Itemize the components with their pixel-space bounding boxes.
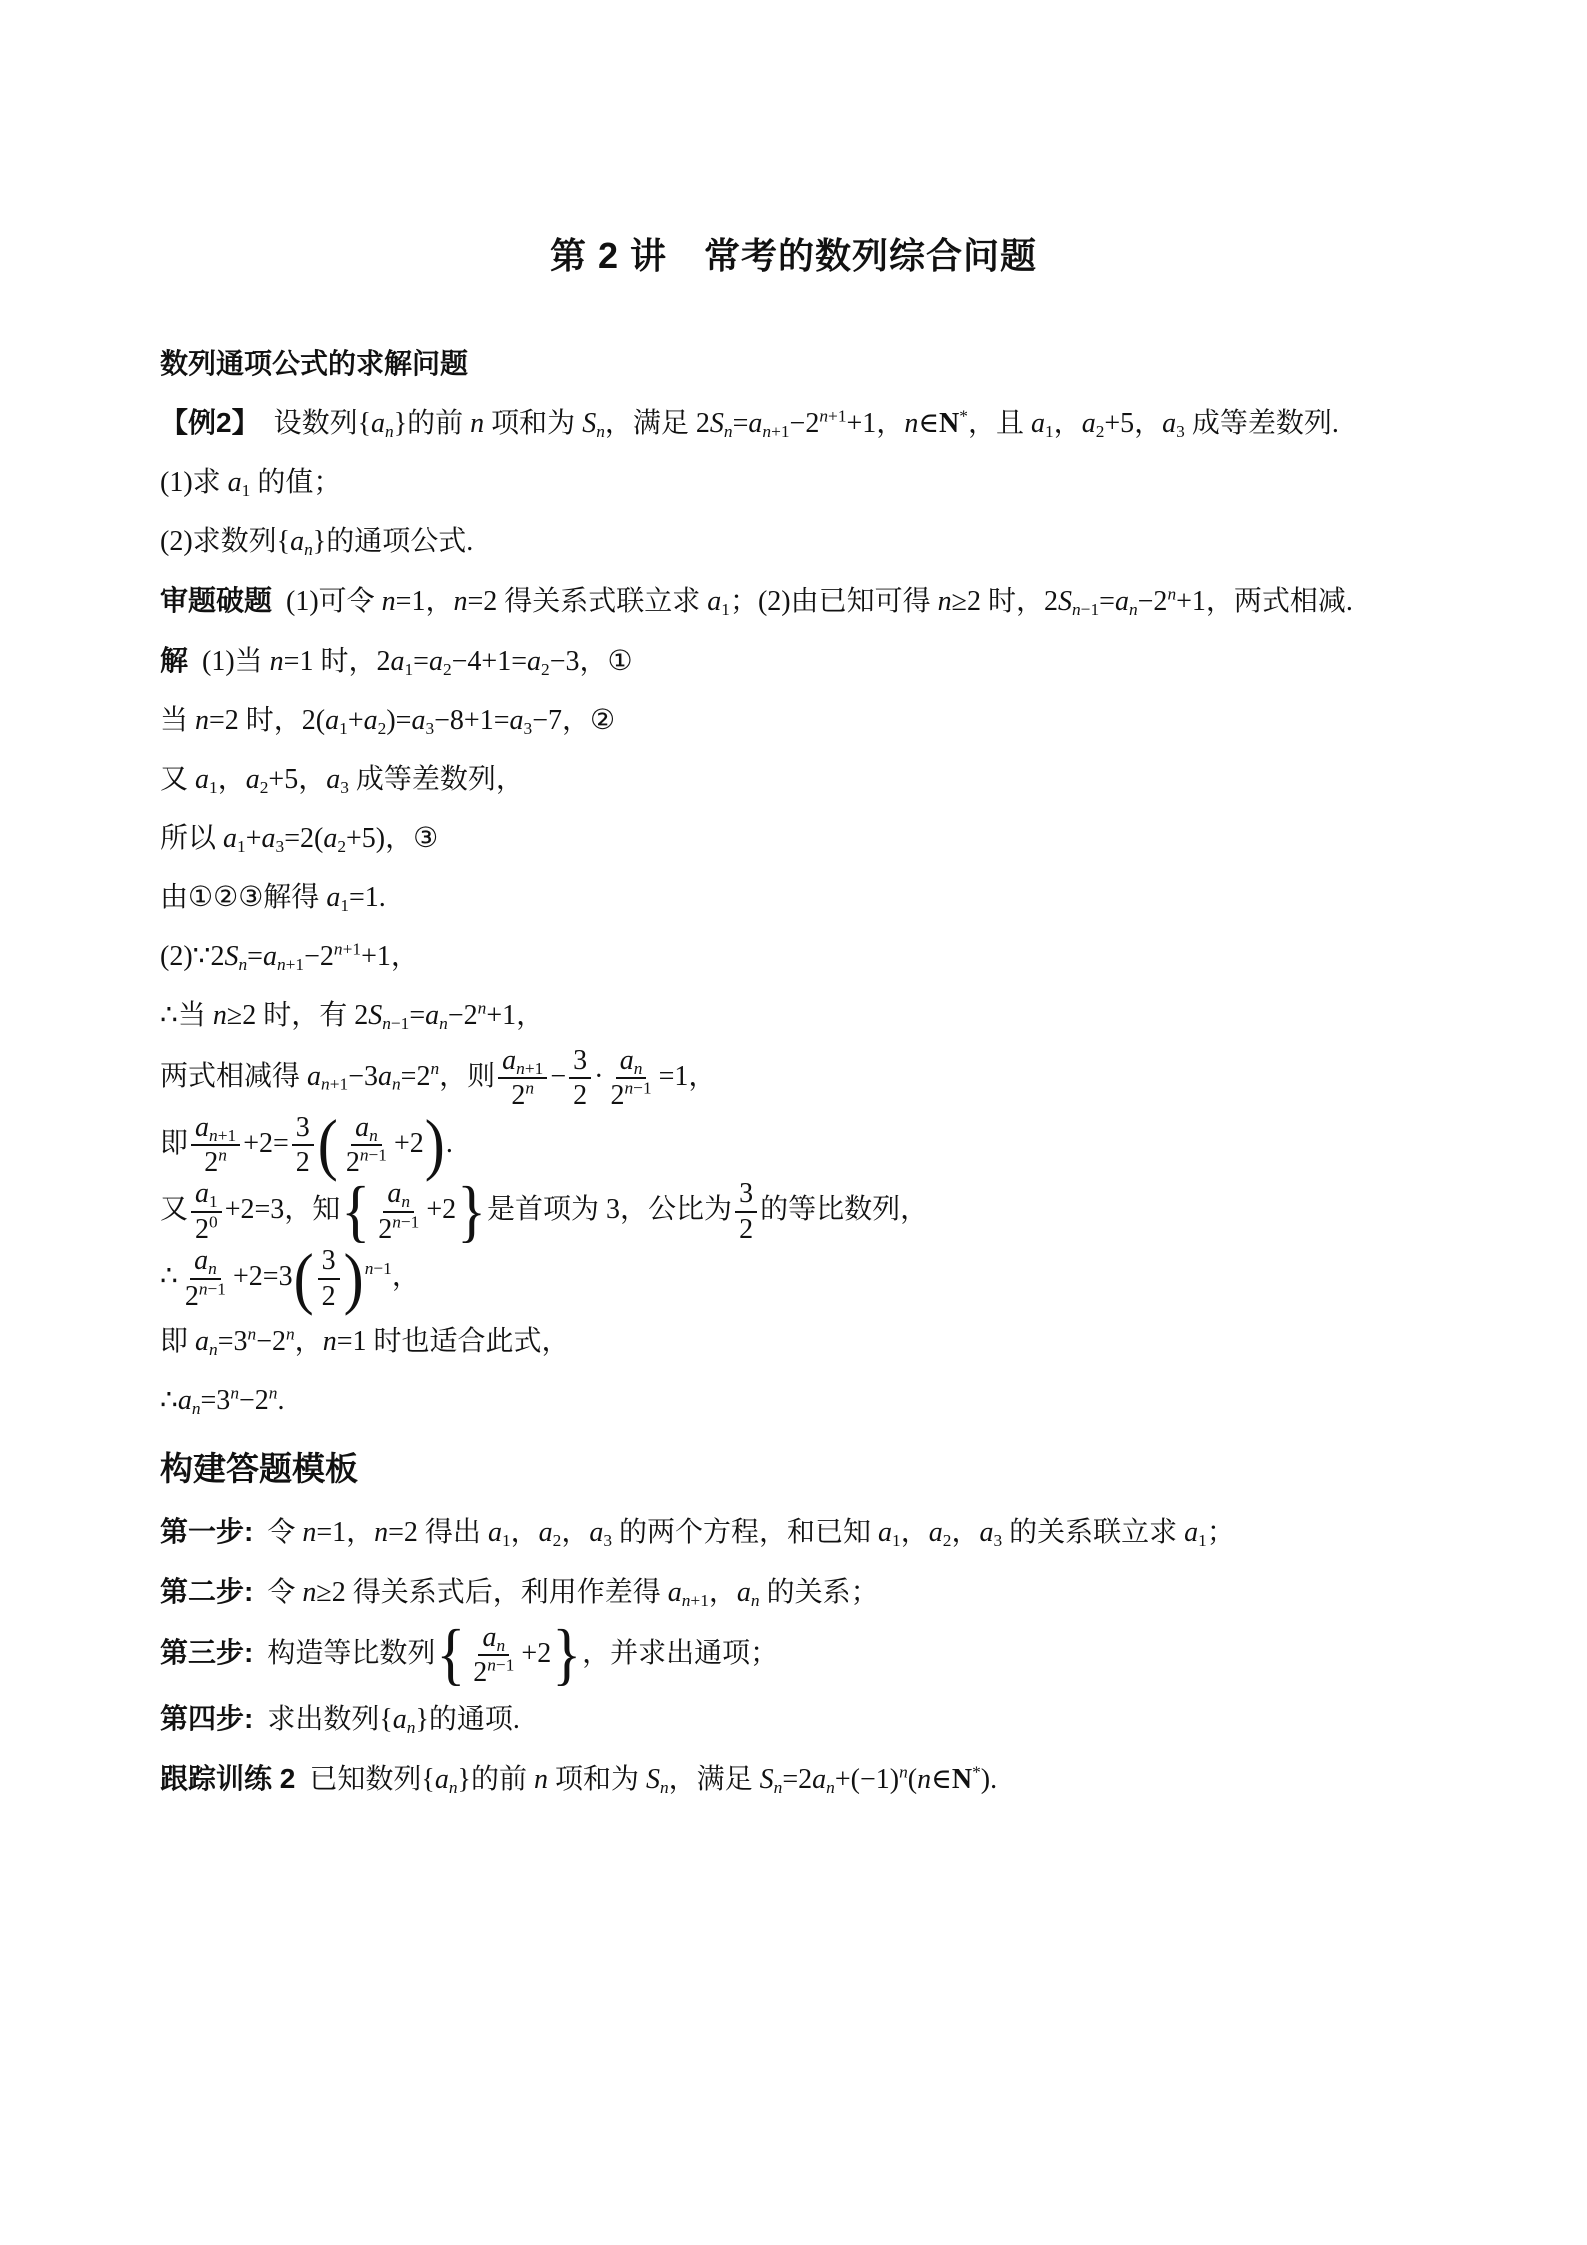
paragraph-label: 第二步: (160, 1576, 253, 1607)
paragraph-label: 审题破题 (160, 585, 272, 616)
paragraph: (1)求 a1 的值； (160, 453, 1435, 512)
fraction: 32 (292, 1112, 314, 1179)
paragraph: (2)∵2Sn=an+1−2n+1+1， (160, 927, 1435, 986)
paragraph-label: 跟踪训练 2 (160, 1763, 295, 1794)
paragraph: ∴当 n≥2 时，有 2Sn−1=an−2n+1， (160, 986, 1435, 1045)
paragraph: (2)求数列{an}的通项公式. (160, 512, 1435, 571)
paragraph: 解(1)当 n=1 时，2a1=a2−4+1=a2−3，① (160, 631, 1435, 691)
paragraph: 跟踪训练 2已知数列{an}的前 n 项和为 Sn，满足 Sn=2an+(−1)… (160, 1749, 1435, 1809)
paragraph: 第三步:构造等比数列{an2n−1+2}，并求出通项； (160, 1622, 1435, 1689)
paragraph: 审题破题(1)可令 n=1，n=2 得关系式联立求 a1；(2)由已知可得 n≥… (160, 571, 1435, 631)
paragraph: 第二步:令 n≥2 得关系式后，利用作差得 an+1，an 的关系； (160, 1562, 1435, 1622)
paragraph: ∴an=3n−2n. (160, 1371, 1435, 1430)
fraction: an2n−1 (181, 1245, 230, 1312)
paragraph-label: 【例2】 (160, 407, 260, 438)
fraction: an2n−1 (606, 1045, 655, 1112)
document-body: 数列通项公式的求解问题【例2】设数列{an}的前 n 项和为 Sn，满足 2Sn… (160, 334, 1435, 1809)
paragraph: 即an+12n+2=32(an2n−1+2). (160, 1112, 1435, 1179)
paragraph: 又 a1，a2+5，a3 成等差数列， (160, 750, 1435, 809)
fraction: an2n−1 (342, 1112, 391, 1179)
paragraph: 【例2】设数列{an}的前 n 项和为 Sn，满足 2Sn=an+1−2n+1+… (160, 393, 1435, 453)
page-title: 第 2 讲 常考的数列综合问题 (0, 0, 1587, 278)
fraction: an+12n (498, 1045, 547, 1112)
fraction: an2n−1 (469, 1622, 518, 1689)
paragraph: 当 n=2 时，2(a1+a2)=a3−8+1=a3−7，② (160, 691, 1435, 750)
fraction: a120 (191, 1178, 222, 1245)
paragraph: 第一步:令 n=1，n=2 得出 a1，a2，a3 的两个方程，和已知 a1，a… (160, 1502, 1435, 1562)
paragraph: 又a120+2=3，知{an2n−1+2}是首项为 3，公比为32的等比数列， (160, 1178, 1435, 1245)
paragraph: 第四步:求出数列{an}的通项. (160, 1689, 1435, 1749)
paragraph-label: 第四步: (160, 1703, 253, 1734)
fraction: 32 (735, 1178, 757, 1245)
template-heading: 构建答题模板 (160, 1436, 1435, 1502)
paragraph: ∴an2n−1+2=3(32)n−1， (160, 1245, 1435, 1312)
paragraph: 即 an=3n−2n，n=1 时也适合此式， (160, 1312, 1435, 1371)
fraction: 32 (569, 1045, 591, 1112)
paragraph: 由①②③解得 a1=1. (160, 868, 1435, 927)
paragraph: 所以 a1+a3=2(a2+5)，③ (160, 809, 1435, 868)
paragraph-label: 第一步: (160, 1516, 253, 1547)
document-page: 第 2 讲 常考的数列综合问题 数列通项公式的求解问题【例2】设数列{an}的前… (0, 0, 1587, 2245)
paragraph: 两式相减得 an+1−3an=2n，则an+12n−32·an2n−1=1， (160, 1045, 1435, 1112)
fraction: 32 (318, 1245, 340, 1312)
paragraph-label: 第三步: (160, 1637, 253, 1668)
fraction: an+12n (191, 1112, 240, 1179)
paragraph-label: 解 (160, 645, 188, 676)
fraction: an2n−1 (374, 1178, 423, 1245)
section-heading: 数列通项公式的求解问题 (160, 334, 1435, 393)
